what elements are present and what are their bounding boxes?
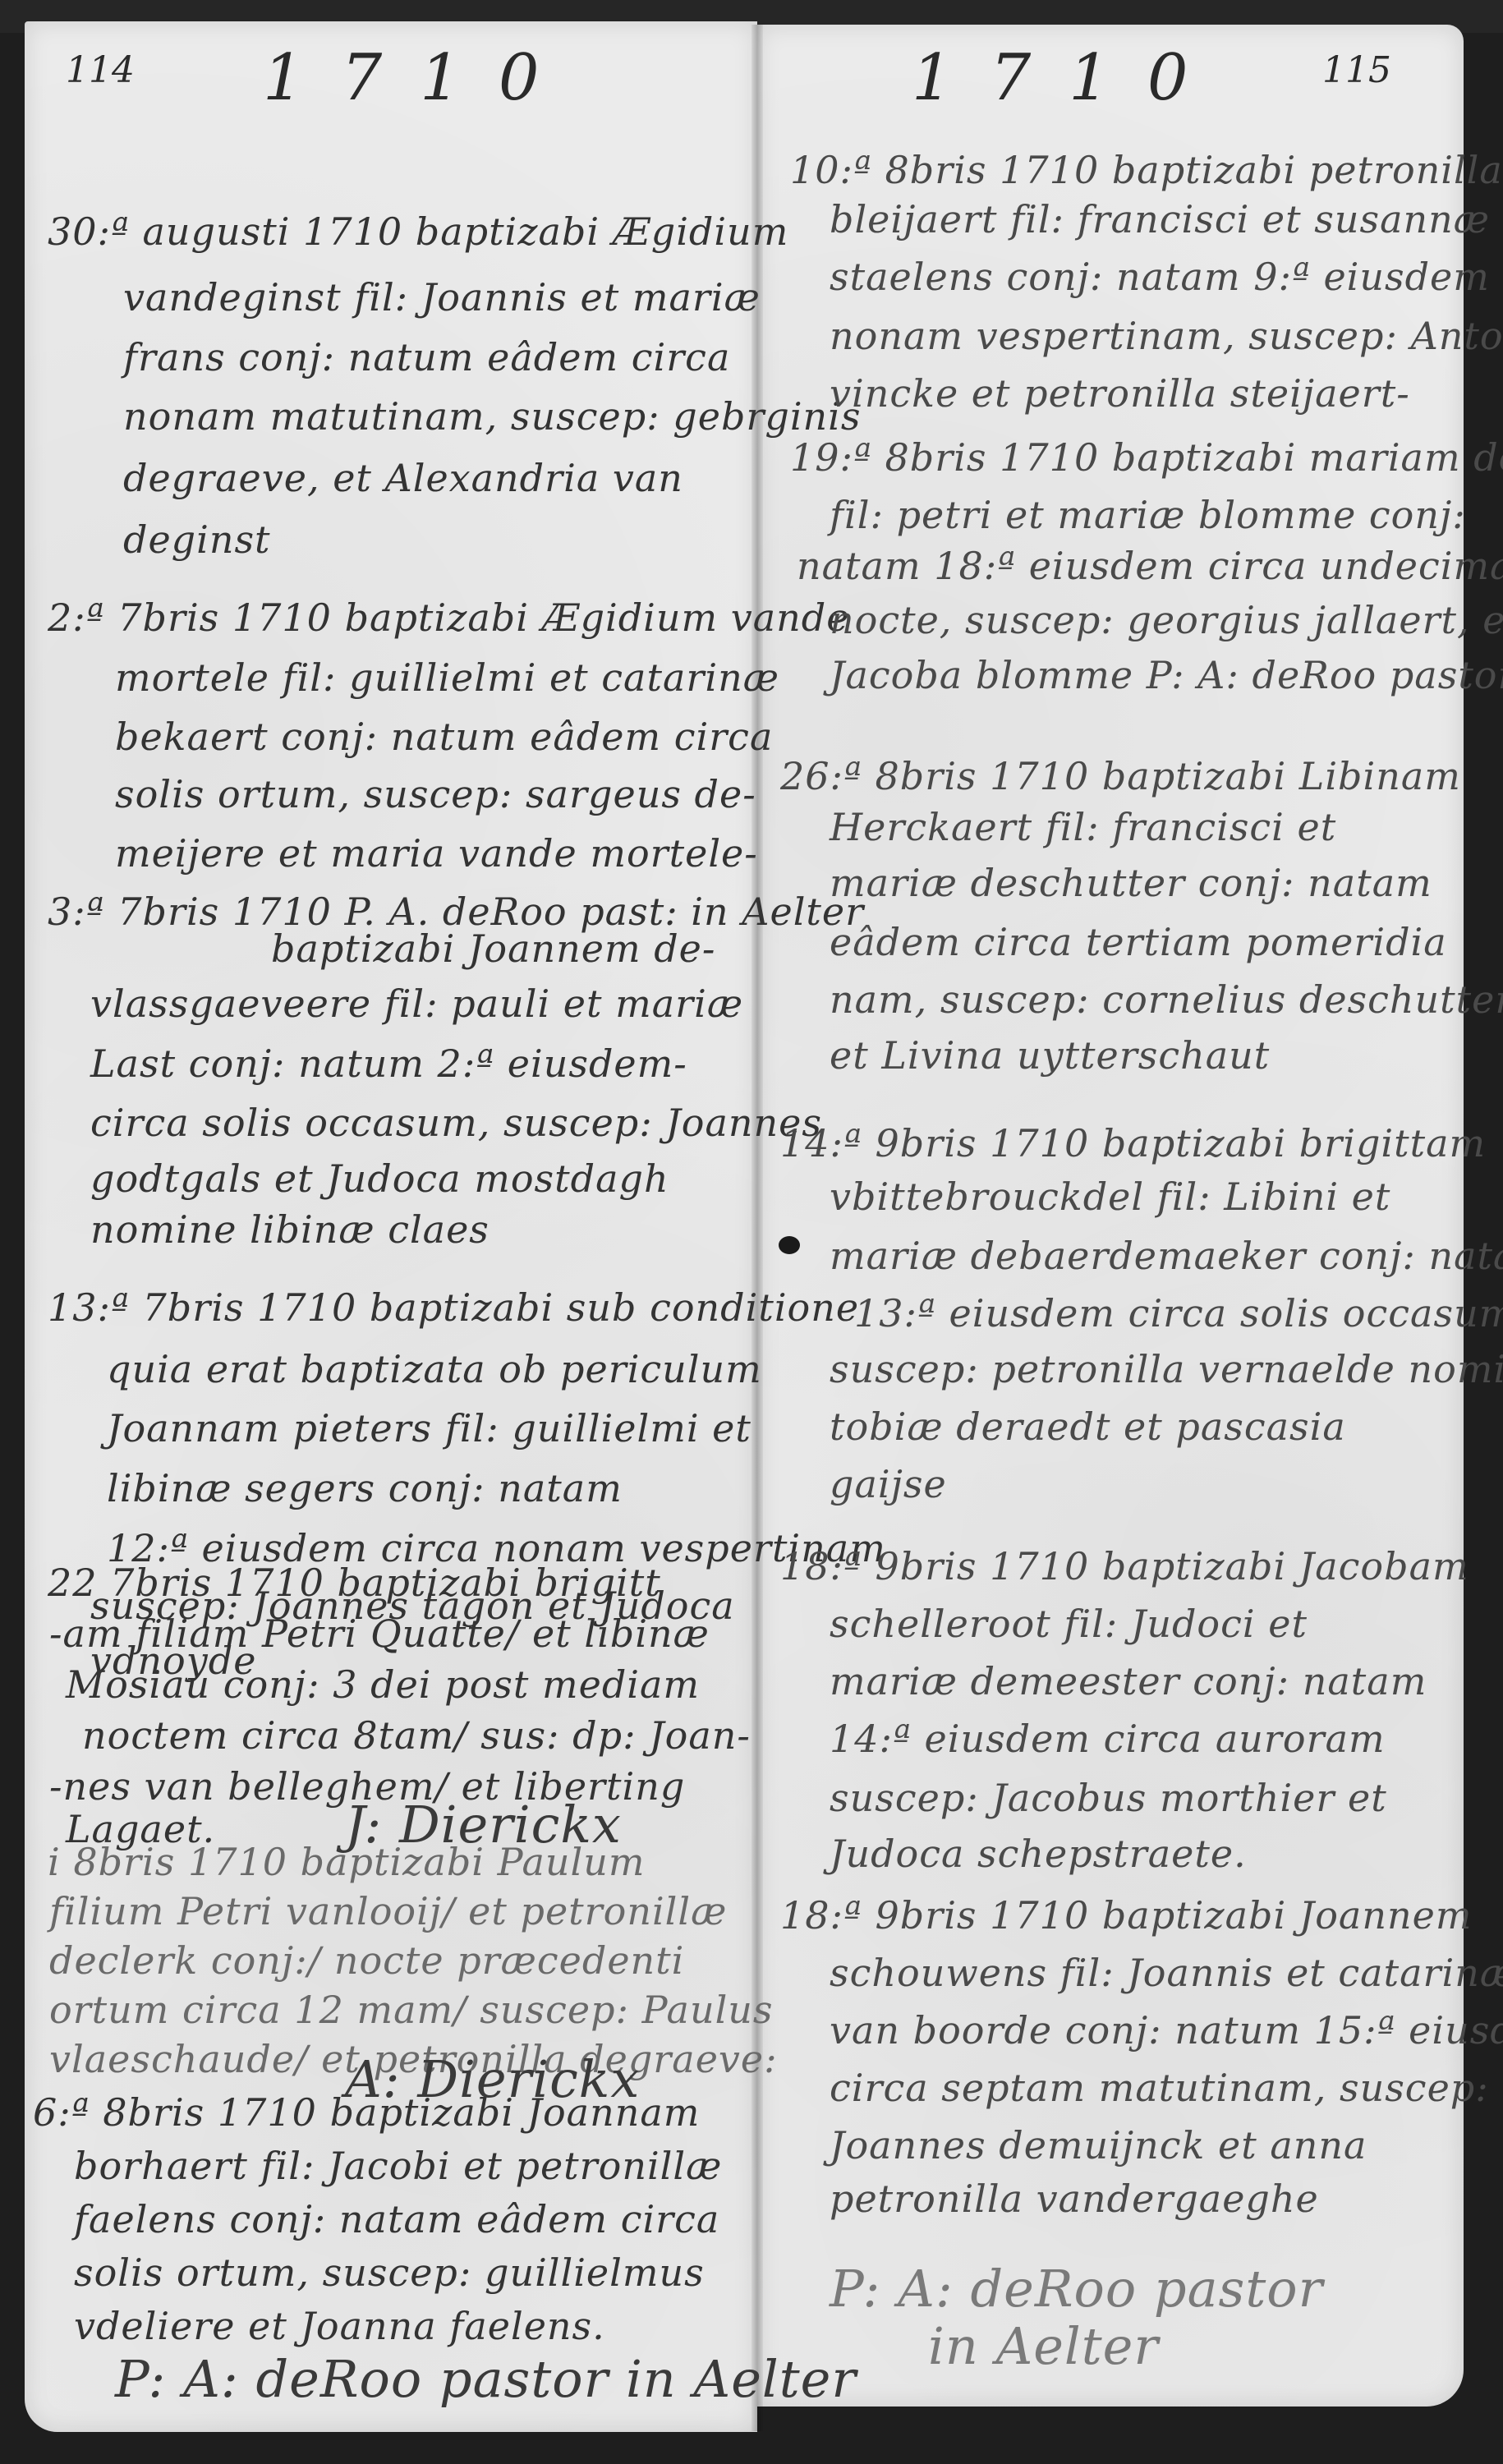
register-line: degraeve, et Alexandria van (123, 456, 683, 500)
closing-signature: P: A: deRoo pastor in Aelter (115, 2349, 857, 2409)
register-line: solis ortum, suscep: sargeus de- (115, 772, 756, 816)
register-line: circa solis occasum, suscep: Joannes (90, 1101, 822, 1145)
register-line: gaijse (830, 1462, 947, 1506)
register-line: 13:ª 7bris 1710 baptizabi sub conditione (48, 1285, 859, 1330)
register-line: 13:ª eiusdem circa solis occasum (854, 1291, 1503, 1335)
register-line: vlassgaeveere fil: pauli et mariæ (90, 981, 743, 1026)
register-line: 14:ª 9bris 1710 baptizabi brigittam (780, 1121, 1486, 1165)
register-line: bekaert conj: natum eâdem circa (115, 715, 773, 759)
register-line: Mosiau conj: 3 dei post mediam (66, 1662, 700, 1707)
register-line: mortele fil: guillielmi et catarinæ (115, 655, 779, 700)
register-line: 18:ª 9bris 1710 baptizabi Jacobam (780, 1544, 1469, 1588)
register-line: noctem circa 8tam/ sus: dp: Joan- (82, 1713, 751, 1758)
register-line: bleijaert fil: francisci et susannæ (830, 197, 1490, 241)
register-line: mariæ deschutter conj: natam (830, 861, 1432, 905)
register-line: suscep: Jacobus morthier et (830, 1776, 1387, 1820)
register-line: Joannes demuijnck et anna (830, 2123, 1367, 2167)
register-line: Jacoba blomme P: A: deRoo pastor (830, 653, 1503, 697)
register-line: 26:ª 8bris 1710 baptizabi Libinam (780, 754, 1461, 798)
register-line: petronilla vandergaeghe (830, 2177, 1319, 2221)
signature: in Aelter (928, 2316, 1159, 2376)
register-line: vdeliere et Joanna faelens. (74, 2304, 605, 2348)
register-line: natam 18:ª eiusdem circa undecimam (797, 544, 1503, 588)
register-line: 22 7bris 1710 baptizabi brigitt (48, 1561, 661, 1605)
left-page-number: 114 (66, 49, 135, 91)
register-line: meijere et maria vande mortele- (115, 831, 758, 876)
register-line: schelleroot fil: Judoci et (830, 1602, 1308, 1646)
register-line: schouwens fil: Joannis et catarinæ (830, 1951, 1503, 1995)
register-line: Last conj: natum 2:ª eiusdem- (90, 1041, 687, 1086)
register-line: baptizabi Joannem de- (271, 926, 715, 971)
register-line: Joannam pieters fil: guillielmi et (107, 1406, 751, 1450)
register-line: frans conj: natum eâdem circa (123, 335, 730, 379)
register-line: vincke et petronilla steijaert- (830, 371, 1410, 416)
register-line: quia erat baptizata ob periculum (107, 1347, 762, 1391)
register-line: 10:ª 8bris 1710 baptizabi petronillam (790, 148, 1503, 192)
register-line: circa septam matutinam, suscep: (830, 2066, 1489, 2110)
register-line: godtgals et Judoca mostdagh (90, 1156, 669, 1201)
register-line: filium Petri vanlooij/ et petronillæ (49, 1889, 727, 1933)
ink-blot (779, 1236, 800, 1254)
register-line: mariæ demeester conj: natam (830, 1659, 1427, 1703)
register-line: deginst (123, 517, 271, 562)
right-page-number: 115 (1322, 49, 1391, 91)
signature: P: A: deRoo pastor (830, 2259, 1323, 2319)
register-line: staelens conj: natam 9:ª eiusdem circa (830, 255, 1503, 299)
register-line: fil: petri et mariæ blomme conj: (830, 493, 1466, 537)
register-line: nam, suscep: cornelius deschutter (830, 977, 1503, 1022)
register-line: et Livina uytterschaut (830, 1033, 1270, 1078)
register-line: 2:ª 7bris 1710 baptizabi Ægidium vande (48, 595, 849, 640)
register-line: Judoca schepstraete. (830, 1832, 1247, 1876)
register-line: mariæ debaerdemaeker conj: natam (830, 1234, 1503, 1278)
signature: J: Dierickx (345, 1795, 622, 1855)
signature: A: Dierickx (345, 2049, 640, 2109)
register-line: vbittebrouckdel fil: Libini et (830, 1175, 1390, 1219)
register-line: 30:ª augusti 1710 baptizabi Ægidium (48, 209, 788, 254)
register-line: nonam matutinam, suscep: gebrginis (123, 394, 861, 439)
register-line: tobiæ deraedt et pascasia (830, 1404, 1346, 1449)
register-line: vandeginst fil: Joannis et mariæ (123, 275, 761, 319)
register-line: -am filiam Petri Quatte/ et libinæ (49, 1611, 710, 1656)
right-year-header: 1710 (912, 41, 1226, 115)
register-line: Herckaert fil: francisci et (830, 805, 1336, 849)
register-line: faelens conj: natam eâdem circa (74, 2197, 719, 2241)
register-line: nomine libinæ claes (90, 1207, 490, 1252)
register-line: eâdem circa tertiam pomeridia (830, 920, 1447, 964)
register-line: libinæ segers conj: natam (107, 1466, 623, 1510)
register-line: solis ortum, suscep: guillielmus (74, 2250, 705, 2295)
register-line: nocte, suscep: georgius jallaert, et (830, 598, 1503, 642)
register-line: declerk conj:/ nocte præcedenti (49, 1938, 684, 1983)
register-line: 14:ª eiusdem circa auroram (830, 1717, 1386, 1761)
register-line: ortum circa 12 mam/ suscep: Paulus (49, 1988, 774, 2032)
register-line: nonam vespertinam, suscep: Antonius (830, 314, 1503, 358)
register-line: 18:ª 9bris 1710 baptizabi Joannem (780, 1893, 1472, 1938)
register-line: van boorde conj: natum 15:ª eiusd (830, 2008, 1503, 2053)
register-line: borhaert fil: Jacobi et petronillæ (74, 2144, 722, 2188)
register-line: 19:ª 8bris 1710 baptizabi mariam deraedt (790, 435, 1503, 480)
register-line: suscep: petronilla vernaelde nomine (830, 1347, 1503, 1391)
left-year-header: 1710 (263, 41, 577, 115)
